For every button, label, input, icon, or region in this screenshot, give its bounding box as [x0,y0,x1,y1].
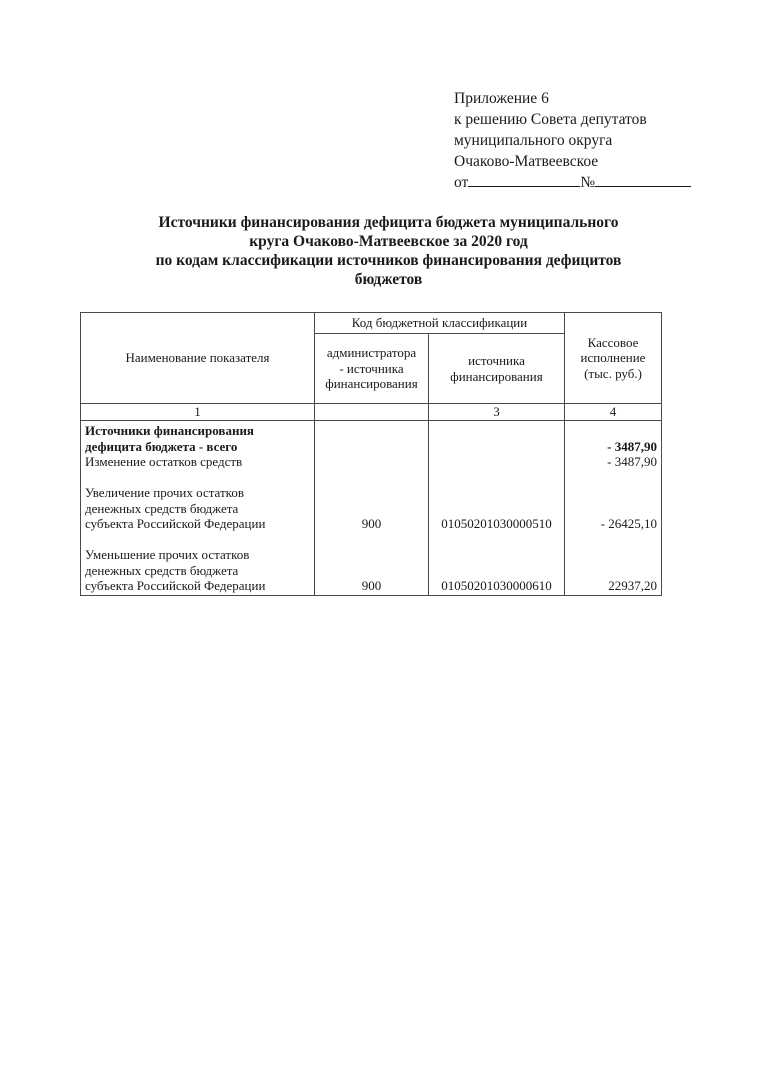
column-number: 3 [429,404,565,421]
source-code: 01050201030000510 [433,516,560,532]
header-text: администратора [319,345,424,361]
row-name: субъекта Российской Федерации [85,516,310,532]
table-body-row: Источники финансирования дефицита бюджет… [81,421,662,596]
number-label: № [580,174,595,191]
header-text: источника [433,353,560,369]
title-line: круга Очаково-Матвеевское за 2020 год [80,232,697,251]
row-name: Источники финансирования [85,423,310,439]
title-line: Источники финансирования дефицита бюджет… [80,213,697,232]
amount: - 3487,90 [569,439,657,455]
header-source: источника финансирования [429,334,565,404]
column-numbers-row: 1 3 4 [81,404,662,421]
title-line: бюджетов [80,270,697,289]
amount: 22937,20 [569,578,657,594]
row-name: дефицита бюджета - всего [85,439,310,455]
annex-line: Очаково-Матвеевское [454,151,691,172]
header-admin: администратора - источника финансировани… [315,334,429,404]
budget-sources-table: Наименование показателя Код бюджетной кл… [80,312,662,596]
row-name: денежных средств бюджета [85,501,310,517]
header-name: Наименование показателя [81,313,315,404]
source-codes: 01050201030000510 01050201030000610 [429,421,565,596]
amount: - 26425,10 [569,516,657,532]
annex-line: к решению Совета депутатов [454,109,691,130]
annex-date-number-line: от№ [454,172,691,193]
header-text: исполнение [569,350,657,366]
header-code-group: Код бюджетной классификации [315,313,565,334]
row-name: Уменьшение прочих остатков [85,547,310,563]
row-name: денежных средств бюджета [85,563,310,579]
title-line: по кодам классификации источников финанс… [80,251,697,270]
source-code: 01050201030000610 [433,578,560,594]
row-name: субъекта Российской Федерации [85,578,310,594]
indicator-names: Источники финансирования дефицита бюджет… [81,421,315,596]
admin-code: 900 [319,516,424,532]
header-text: - источника [319,361,424,377]
row-name: Увеличение прочих остатков [85,485,310,501]
number-blank [595,172,691,187]
header-text: финансирования [319,376,424,392]
header-text: (тыс. руб.) [569,366,657,382]
header-text: Кассовое [569,335,657,351]
header-text: финансирования [433,369,560,385]
annex-block: Приложение 6 к решению Совета депутатов … [454,88,691,193]
admin-code: 900 [319,578,424,594]
execution-amounts: - 3487,90 - 3487,90 - 26425,10 22937,20 [565,421,662,596]
row-name: Изменение остатков средств [85,454,310,470]
annex-line: Приложение 6 [454,88,691,109]
document-title: Источники финансирования дефицита бюджет… [80,213,697,289]
from-label: от [454,174,468,191]
column-number [315,404,429,421]
date-blank [468,172,580,187]
annex-line: муниципального округа [454,130,691,151]
admin-codes: 900 900 [315,421,429,596]
column-number: 1 [81,404,315,421]
amount: - 3487,90 [569,454,657,470]
column-number: 4 [565,404,662,421]
header-execution: Кассовое исполнение (тыс. руб.) [565,313,662,404]
